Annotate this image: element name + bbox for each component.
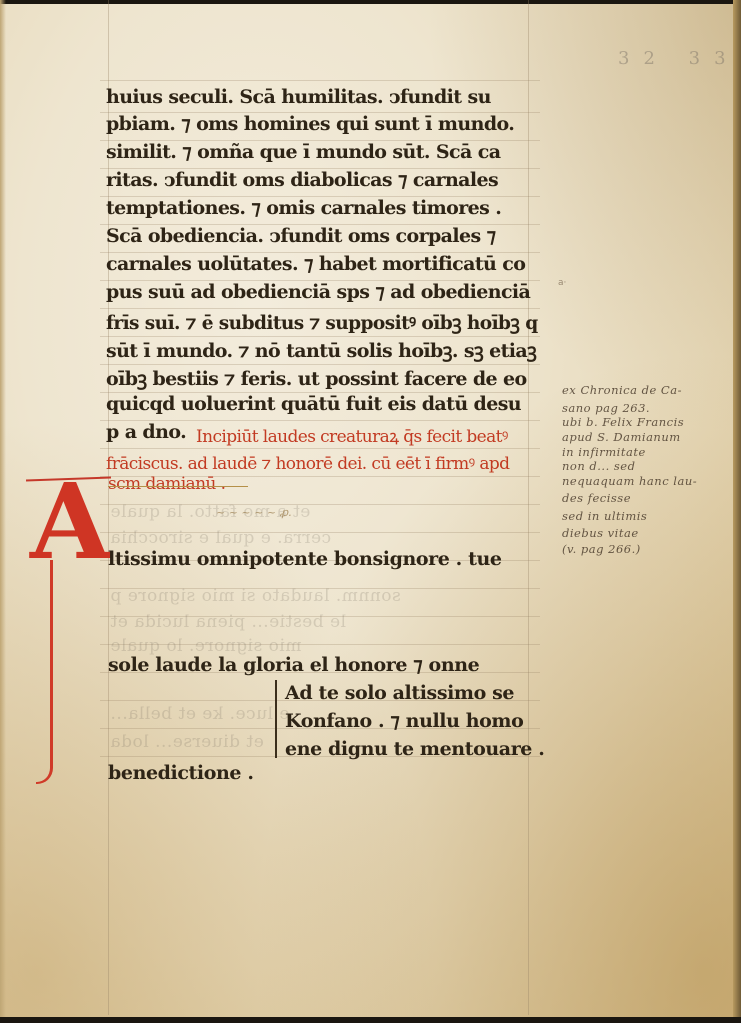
text-line: frīs suī. ⁊ ē subditus ⁊ suppositꝰ oībꝫ … (106, 309, 538, 335)
canticle-bracket-line: ene dignu te mentouare . (285, 738, 544, 760)
annotation-line: in infirmitate (562, 445, 737, 459)
show-through-text: le bestie... piena lucida et (110, 612, 346, 632)
annotation-line: nequaquam hanc lau- (562, 473, 737, 489)
show-through-text: mio signore. lo quale (110, 636, 301, 656)
text-line: pbiam. ⁊ oms homines qui sunt ī mundo. (106, 113, 514, 135)
insertion-bracket (275, 680, 281, 758)
rubric-underline (108, 486, 248, 487)
rubric-line: frāciscus. ad laudē ⁊ honorē dei. cū eēt… (106, 451, 509, 474)
annotation-line: des fecisse (562, 489, 737, 507)
show-through-text: cerra. e qual e sirocchia (110, 528, 331, 548)
annotation-line: (v. pag 266.) (562, 541, 737, 557)
page-edge-top (0, 0, 741, 4)
canticle-bracket-line: Ad te solo altissimo se (285, 682, 514, 704)
annotation-line: diebus vitae (562, 525, 737, 541)
canticle-line: sole laude la gloria el honore ⁊ onne (108, 654, 479, 676)
annotation-line: apud S. Damianum (562, 429, 737, 445)
page-edge-left (0, 0, 6, 1023)
annotation-line: non d... sed (562, 459, 737, 473)
show-through-text: et diuerse... loda (110, 732, 264, 752)
annotation-line: sed in ultimis (562, 507, 737, 525)
ruling-line (100, 80, 540, 81)
marginal-annotation: ex Chronica de Ca- sano pag 263. ubi b. … (562, 380, 737, 557)
pencil-note: ~ ~ ~ ~ ~ ꝓ. (216, 506, 292, 519)
ruling-line (100, 448, 540, 449)
text-line: pus suū ad obedienciā sps ⁊ ad obedienci… (106, 281, 530, 303)
show-through-text: e luce. ke et bella... (110, 704, 289, 724)
stray-mark: a· (558, 278, 566, 288)
decorated-initial-a: A (30, 470, 111, 574)
annotation-line: sano pag 263. (562, 401, 737, 415)
canticle-line: benedictione . (108, 762, 254, 784)
text-line: temptationes. ⁊ omis carnales timores . (106, 197, 501, 219)
rubric-line: Incipiūt laudes creaturaꝝ q̄s fecit beat… (196, 424, 508, 447)
text-line: quicqd uoluerint quātū fuit eis datū des… (106, 393, 521, 415)
text-line: similit. ⁊ omña que ī mundo sūt. Scā ca (106, 141, 500, 163)
canticle-line: ltissimu omnipotente bonsignore . tue (108, 548, 502, 570)
show-through-text: sonnm. laudato si mio signore p (110, 586, 401, 606)
rubric-line: scm damianū . (108, 474, 225, 494)
text-line: oībꝫ bestiis ⁊ feris. ut possint facere … (106, 365, 527, 391)
folio-number: 32 33 (618, 48, 740, 69)
text-line: huius seculi. Scā humilitas. ↄfundit su (106, 86, 491, 108)
annotation-line: ex Chronica de Ca- (562, 380, 737, 401)
manuscript-folio: et a mo fatto. la quale cerra. e qual e … (0, 0, 741, 1023)
text-line: ritas. ↄfundit oms diabolicas ⁊ carnales (106, 169, 498, 191)
text-line: p a dno. (106, 421, 186, 443)
initial-descender (36, 560, 53, 784)
page-edge-bottom (0, 1017, 741, 1023)
annotation-line: ubi b. Felix Francis (562, 415, 737, 429)
text-line: sūt ī mundo. ⁊ nō tantū solis hoībꝫ. sꝫ … (106, 337, 536, 363)
ruling-vertical-right (528, 0, 529, 1015)
text-line: Scā obediencia. ↄfundit oms corpales ⁊ (106, 225, 495, 247)
text-line: carnales uolūtates. ⁊ habet mortificatū … (106, 253, 525, 275)
canticle-bracket-line: Konfano . ⁊ nullu homo (285, 710, 523, 732)
